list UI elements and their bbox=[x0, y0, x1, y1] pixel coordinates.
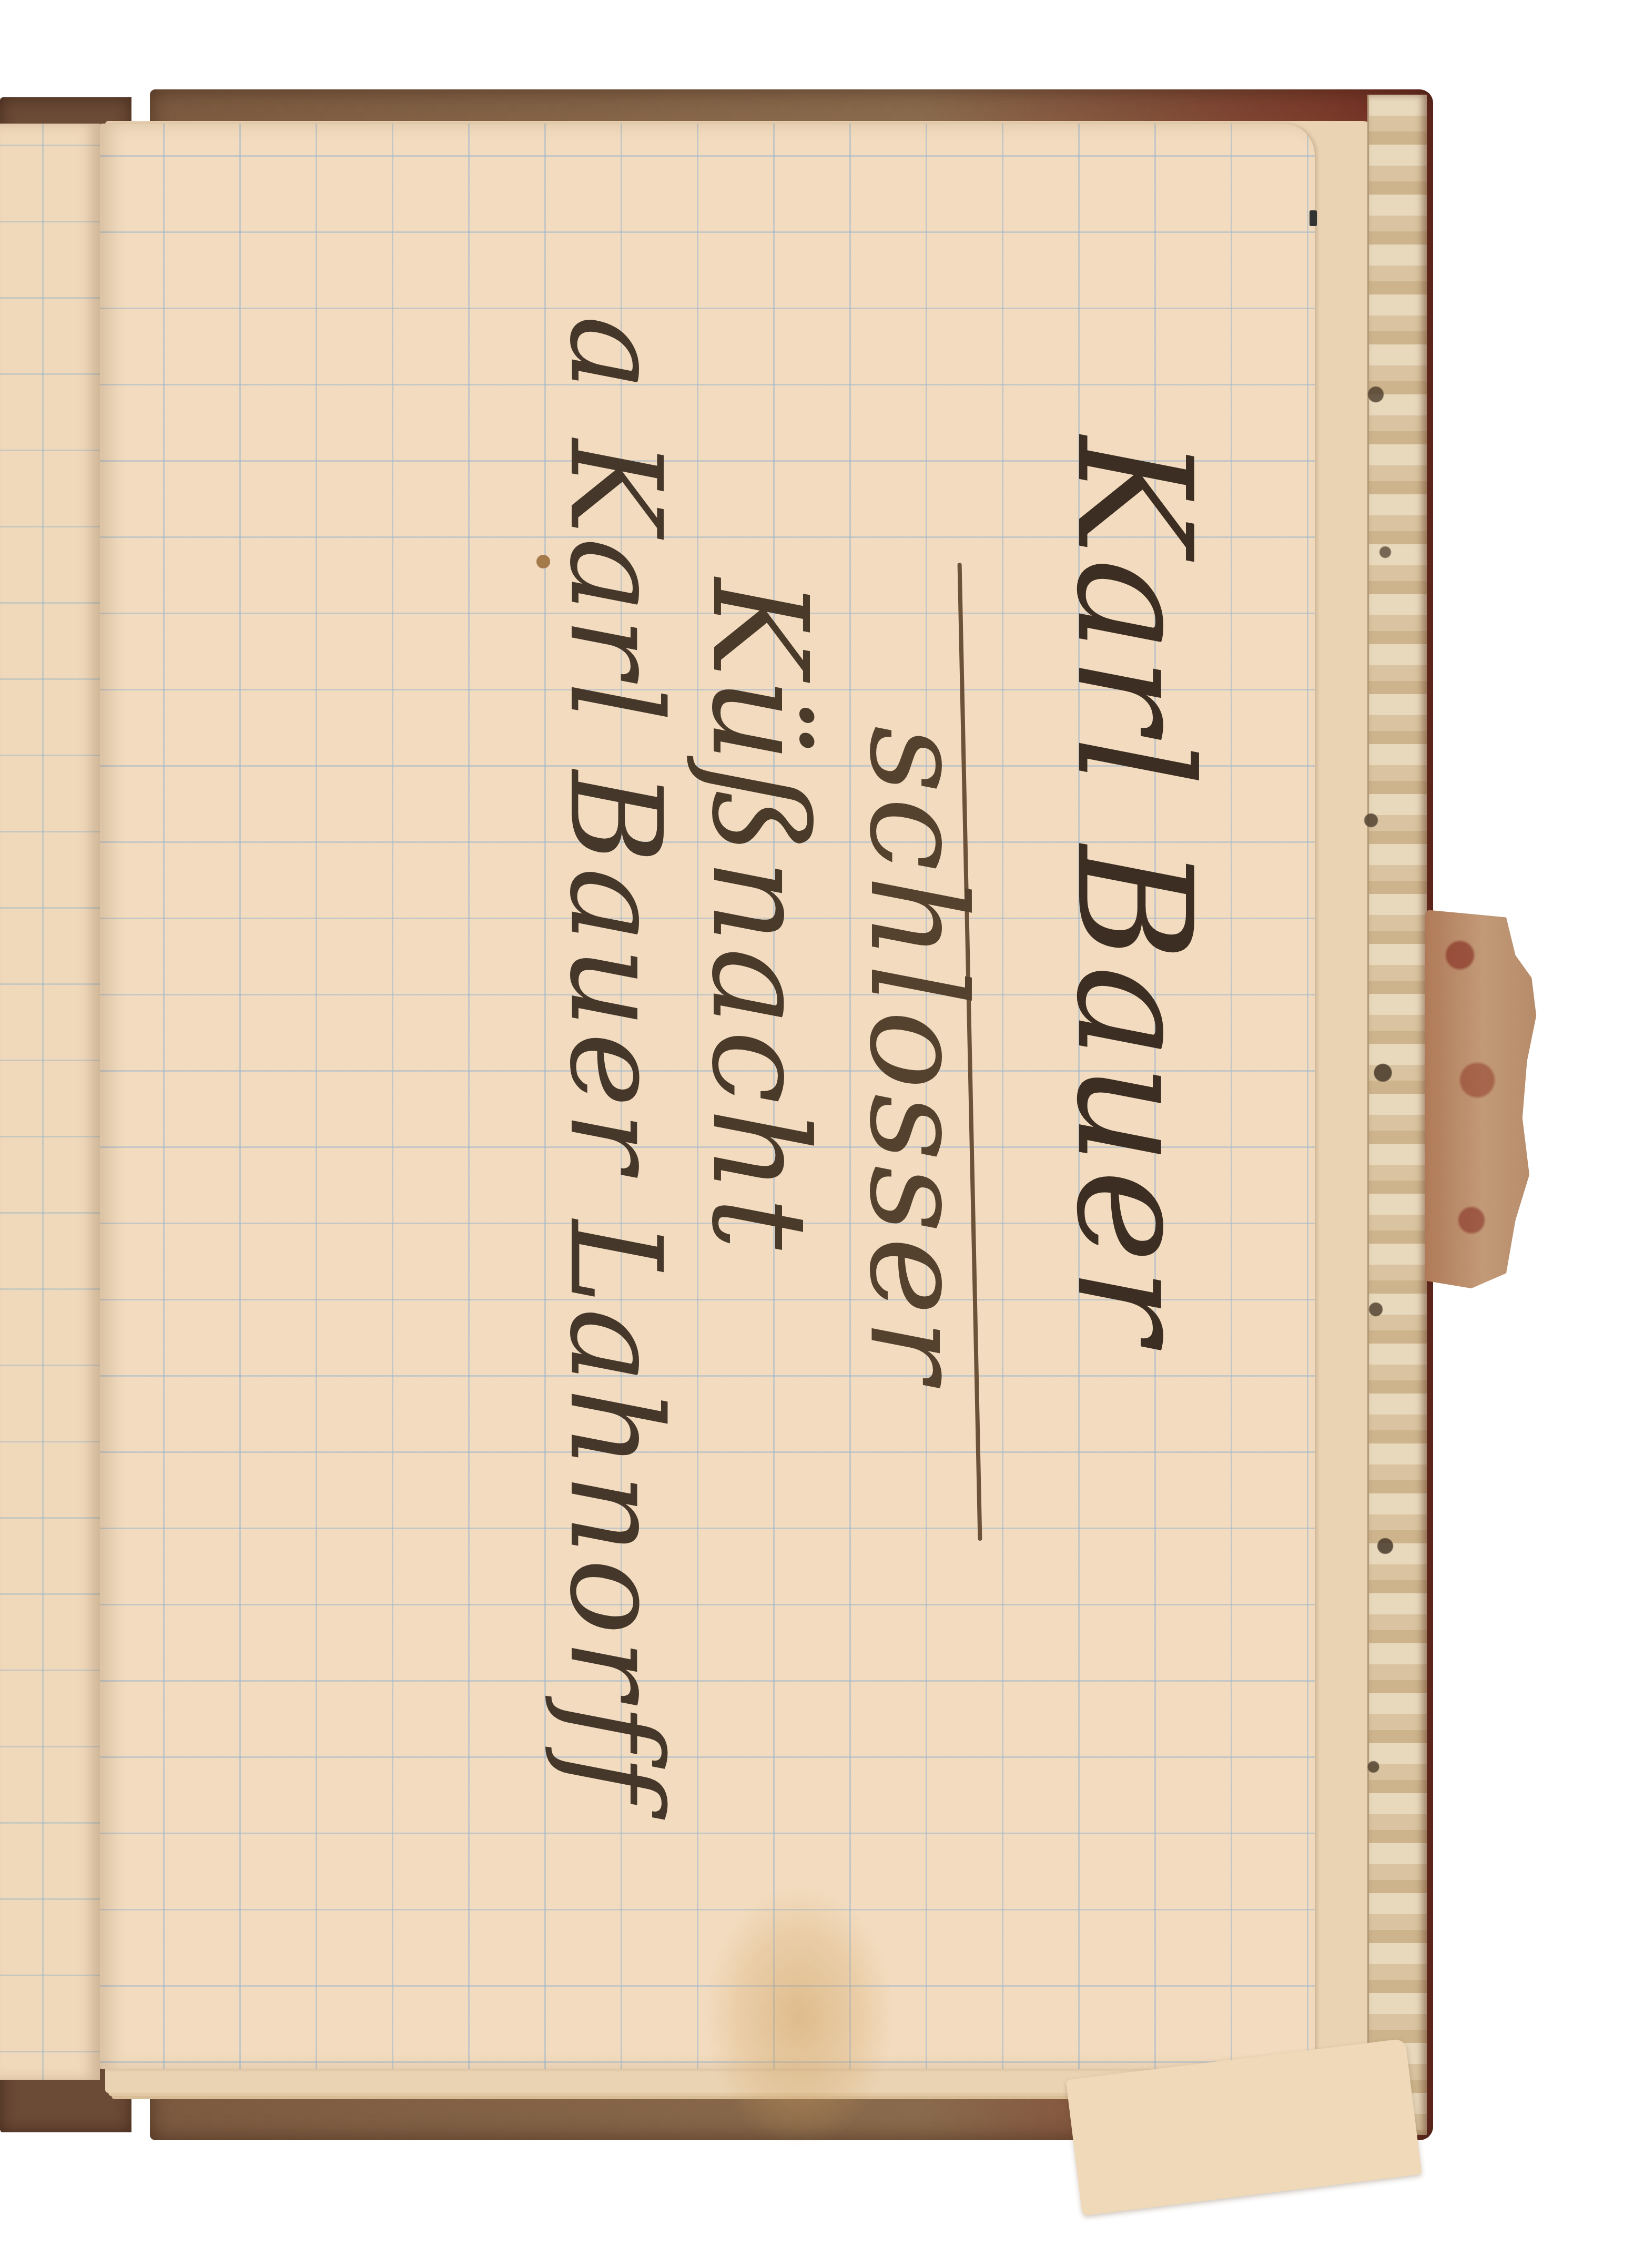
torn-paper-flap bbox=[1066, 2038, 1422, 2215]
clasp-tab bbox=[1425, 910, 1541, 1288]
handwritten-occupation: schlosser bbox=[841, 726, 994, 1386]
handwritten-name: Karl Bauer bbox=[1042, 436, 1225, 1347]
foxing-spots bbox=[1357, 316, 1404, 1893]
handwritten-address: a Karl Bauer Lahnorff bbox=[542, 316, 689, 1805]
handwritten-place: Küßnacht bbox=[683, 578, 836, 1254]
left-page bbox=[0, 124, 100, 2080]
water-stain bbox=[705, 1885, 894, 2148]
edge-mark bbox=[1310, 210, 1317, 226]
